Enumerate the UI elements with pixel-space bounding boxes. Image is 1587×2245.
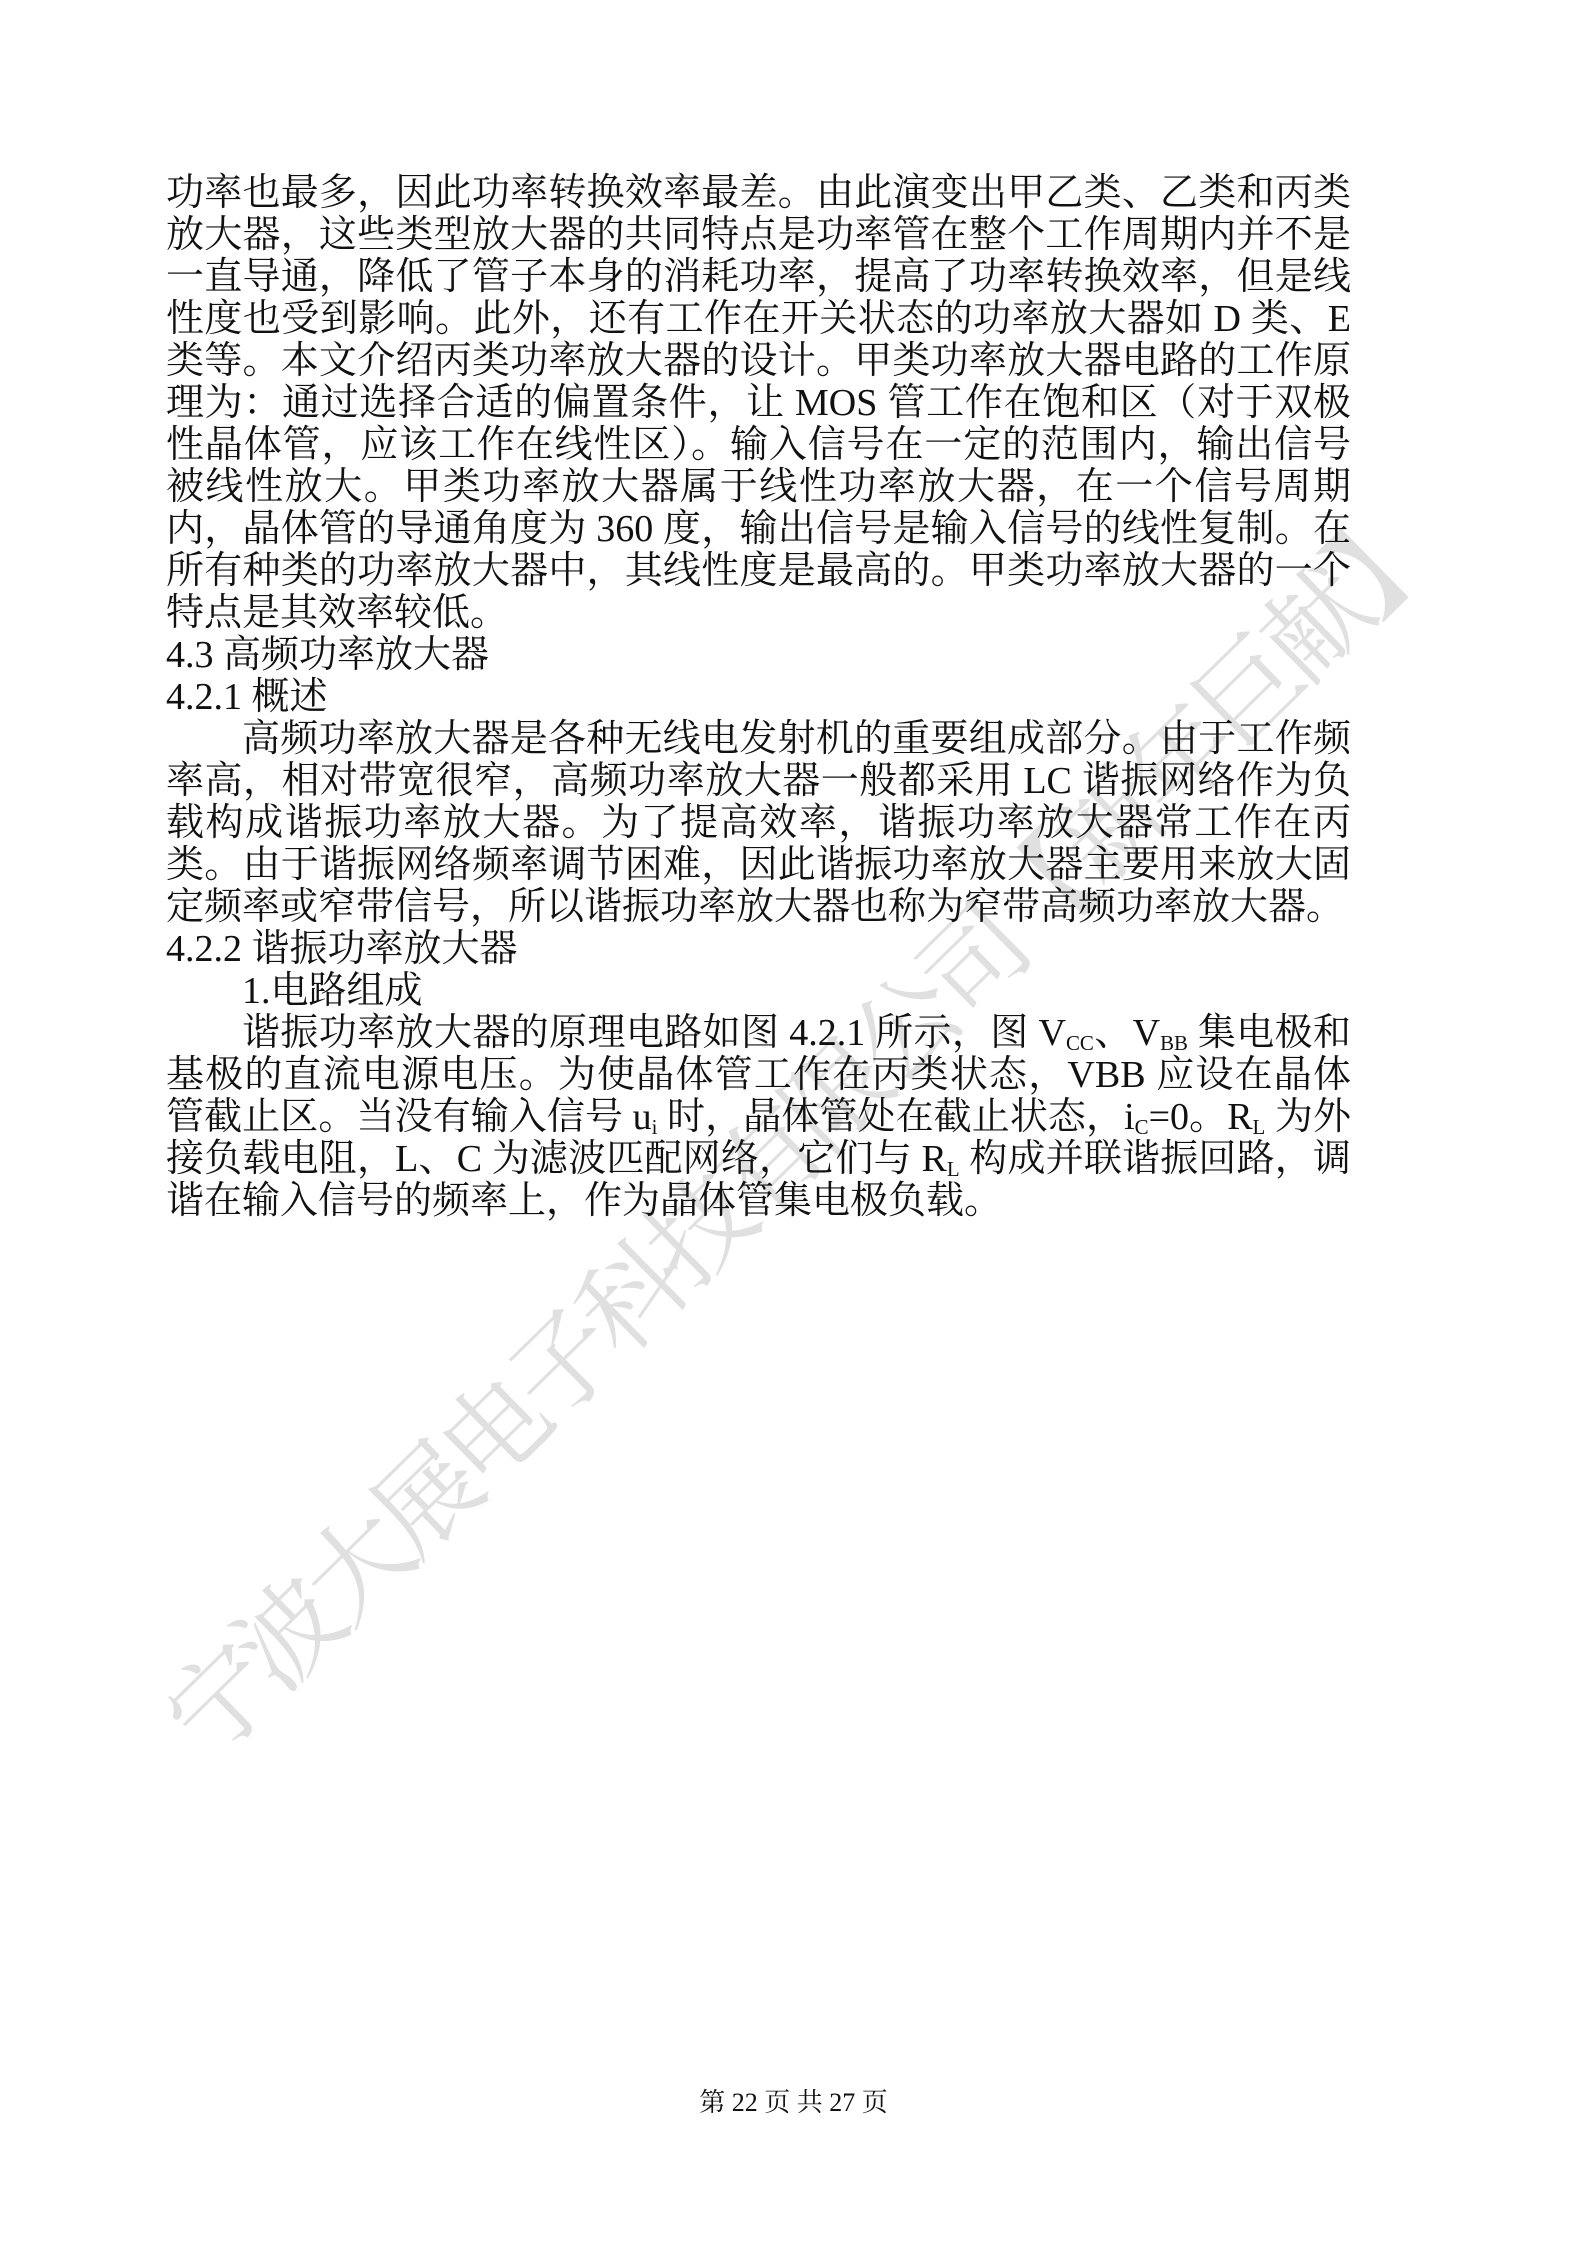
text-run: 4.3 高频功率放大器	[166, 634, 489, 676]
paragraph-resonant-circuit: 谐振功率放大器的原理电路如图 4.2.1 所示，图 VCC、VBB 集电极和基极…	[166, 1012, 1351, 1222]
text-run: 高频功率放大器是各种无线电发射机的重要组成部分。由于工作频率高，相对带宽很窄，高…	[166, 718, 1351, 928]
heading-4-2-1-overview: 4.2.1 概述	[166, 676, 1351, 718]
subscript-text: C	[1135, 1115, 1149, 1139]
text-run: 时，晶体管处在截止状态，i	[657, 1096, 1134, 1138]
document-page: 宁波大展电子科技有限公司【新年巨献】 功率也最多，因此功率转换效率最差。由此演变…	[0, 0, 1587, 2245]
subscript-text: BB	[1160, 1031, 1188, 1055]
text-run: 1.电路组成	[242, 970, 423, 1012]
list-item-circuit-composition: 1.电路组成	[166, 970, 1351, 1012]
subscript-text: CC	[1066, 1031, 1094, 1055]
paragraph-class-a-amplifier: 功率也最多，因此功率转换效率最差。由此演变出甲乙类、乙类和丙类放大器，这些类型放…	[166, 172, 1351, 634]
text-run: 谐振功率放大器的原理电路如图 4.2.1 所示，图 V	[242, 1012, 1066, 1054]
text-run: =0。R	[1149, 1096, 1253, 1138]
page-number-footer: 第 22 页 共 27 页	[0, 2082, 1587, 2119]
heading-4-3-hf-power-amplifier: 4.3 高频功率放大器	[166, 634, 1351, 676]
subscript-text: L	[947, 1157, 960, 1181]
document-content: 功率也最多，因此功率转换效率最差。由此演变出甲乙类、乙类和丙类放大器，这些类型放…	[166, 172, 1351, 1222]
heading-4-2-2-resonant-power-amplifier: 4.2.2 谐振功率放大器	[166, 928, 1351, 970]
subscript-text: L	[1253, 1115, 1266, 1139]
text-run: 、V	[1094, 1012, 1160, 1054]
text-run: 4.2.1 概述	[166, 676, 328, 718]
text-run: 功率也最多，因此功率转换效率最差。由此演变出甲乙类、乙类和丙类放大器，这些类型放…	[166, 172, 1351, 634]
text-run: 4.2.2 谐振功率放大器	[166, 928, 518, 970]
paragraph-hf-overview: 高频功率放大器是各种无线电发射机的重要组成部分。由于工作频率高，相对带宽很窄，高…	[166, 718, 1351, 928]
